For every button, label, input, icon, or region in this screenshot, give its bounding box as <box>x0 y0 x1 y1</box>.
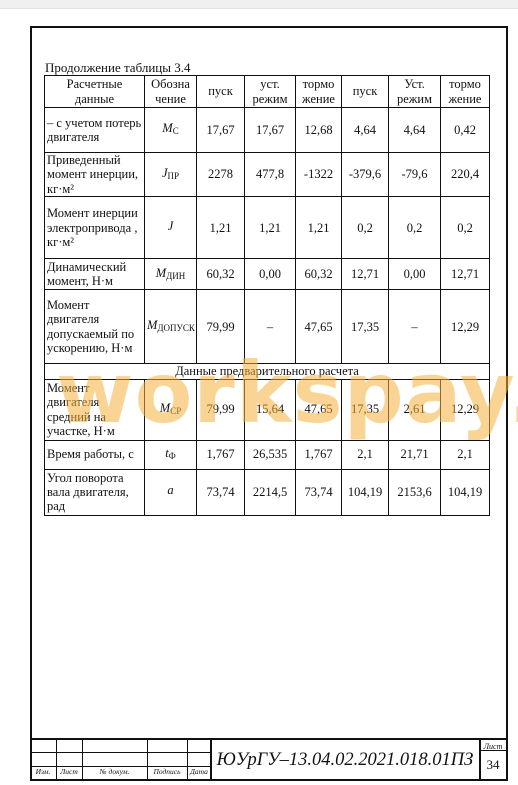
row-label: – с учетом потерь двигателя <box>45 108 145 153</box>
table-row: Момент двигателя средний на участке, Н·м… <box>45 379 490 440</box>
row-symbol: J <box>145 197 197 259</box>
cell-value: 220,4 <box>441 153 490 197</box>
row-symbol: MСР <box>145 379 197 440</box>
symbol-subscript: ДИН <box>166 271 185 281</box>
cell-value: 1,21 <box>197 197 245 259</box>
symbol-subscript: ДОПУСК <box>157 323 195 333</box>
cell-value: 26,535 <box>245 440 296 469</box>
row-label: Момент двигателя допускаемый по ускорени… <box>45 290 145 364</box>
symbol-main: J <box>168 219 174 233</box>
symbol-main: M <box>156 266 166 280</box>
column-header: тормо жение <box>441 76 490 108</box>
cell-value: 2214,5 <box>245 469 296 515</box>
cell-value: 79,99 <box>197 290 245 364</box>
row-symbol: MС <box>145 108 197 153</box>
row-symbol: tФ <box>145 440 197 469</box>
cell-value: 0,00 <box>245 259 296 290</box>
symbol-main: M <box>147 318 157 332</box>
symbol-subscript: ПР <box>168 171 180 181</box>
symbol-main: M <box>162 121 172 135</box>
cell-value: 2,61 <box>389 379 441 440</box>
cell-value: 1,767 <box>296 440 342 469</box>
cell-value: 0,2 <box>389 197 441 259</box>
row-symbol: a <box>145 469 197 515</box>
symbol-subscript: Ф <box>169 451 176 461</box>
cell-value: 104,19 <box>342 469 389 515</box>
cell-value: 73,74 <box>296 469 342 515</box>
stamp-label-signature: Подпись <box>147 767 187 777</box>
row-symbol: JПР <box>145 153 197 197</box>
table-row: – с учетом потерь двигателяMС17,6717,671… <box>45 108 490 153</box>
cell-value: 12,68 <box>296 108 342 153</box>
cell-value: 12,29 <box>441 379 490 440</box>
cell-value: 2278 <box>197 153 245 197</box>
row-label: Момент инерции электропривода , кг·м² <box>45 197 145 259</box>
cell-value: 17,35 <box>342 379 389 440</box>
column-header: тормо жение <box>296 76 342 108</box>
sheet-number: 34 <box>480 751 506 779</box>
row-symbol: MДИН <box>145 259 197 290</box>
cell-value: 4,64 <box>389 108 441 153</box>
symbol-subscript: СР <box>170 406 181 416</box>
cell-value: 477,8 <box>245 153 296 197</box>
section-row: Данные предварительного расчета <box>45 364 490 379</box>
table-row: Приведенный момент инерции, кг·м²JПР2278… <box>45 153 490 197</box>
cell-value: 4,64 <box>342 108 389 153</box>
stamp-label-doc-number: № докум. <box>82 767 147 777</box>
row-label: Момент двигателя средний на участке, Н·м <box>45 379 145 440</box>
stamp-label-sheet: Лист <box>56 767 82 777</box>
stamp-label-change: Изм. <box>30 767 56 777</box>
table-caption: Продолжение таблицы 3.4 <box>45 61 191 75</box>
table-row: Динамический момент, Н·мMДИН60,320,0060,… <box>45 259 490 290</box>
cell-value: 0,00 <box>389 259 441 290</box>
column-header: Обозна чение <box>145 76 197 108</box>
column-header: пуск <box>342 76 389 108</box>
table-row: Момент двигателя допускаемый по ускорени… <box>45 290 490 364</box>
cell-value: 60,32 <box>197 259 245 290</box>
cell-value: 21,71 <box>389 440 441 469</box>
column-header: пуск <box>197 76 245 108</box>
cell-value: 79,99 <box>197 379 245 440</box>
cell-value: 104,19 <box>441 469 490 515</box>
column-header: Уст. режим <box>389 76 441 108</box>
row-label: Время работы, с <box>45 440 145 469</box>
cell-value: 47,65 <box>296 379 342 440</box>
data-table: Расчетные данныеОбозна чениепускуст. реж… <box>44 75 490 516</box>
document-code: ЮУрГУ–13.04.02.2021.018.01ПЗ <box>211 738 480 779</box>
symbol-main: a <box>167 483 173 497</box>
row-label: Динамический момент, Н·м <box>45 259 145 290</box>
cell-value: 0,2 <box>441 197 490 259</box>
row-label: Приведенный момент инерции, кг·м² <box>45 153 145 197</box>
cell-value: 17,67 <box>245 108 296 153</box>
row-label: Угол поворота вала двигателя, рад <box>45 469 145 515</box>
column-header: Расчетные данные <box>45 76 145 108</box>
row-symbol: MДОПУСК <box>145 290 197 364</box>
cell-value: 0,2 <box>342 197 389 259</box>
cell-value: – <box>245 290 296 364</box>
cell-value: – <box>389 290 441 364</box>
table-header-row: Расчетные данныеОбозна чениепускуст. реж… <box>45 76 490 108</box>
cell-value: 73,74 <box>197 469 245 515</box>
cell-value: 60,32 <box>296 259 342 290</box>
cell-value: 2,1 <box>342 440 389 469</box>
symbol-main: M <box>160 401 170 415</box>
cell-value: 1,767 <box>197 440 245 469</box>
column-header: уст. режим <box>245 76 296 108</box>
cell-value: 0,42 <box>441 108 490 153</box>
cell-value: -379,6 <box>342 153 389 197</box>
table-row: Время работы, сtФ1,76726,5351,7672,121,7… <box>45 440 490 469</box>
cell-value: -1322 <box>296 153 342 197</box>
table-row: Момент инерции электропривода , кг·м²J1,… <box>45 197 490 259</box>
stamp-label-date: Дата <box>187 767 211 777</box>
viewer-top-band <box>0 0 518 9</box>
cell-value: 47,65 <box>296 290 342 364</box>
cell-value: -79,6 <box>389 153 441 197</box>
cell-value: 12,29 <box>441 290 490 364</box>
section-title: Данные предварительного расчета <box>45 364 490 379</box>
table-row: Угол поворота вала двигателя, радa73,742… <box>45 469 490 515</box>
cell-value: 1,21 <box>296 197 342 259</box>
symbol-subscript: С <box>173 126 179 136</box>
cell-value: 2153,6 <box>389 469 441 515</box>
cell-value: 1,21 <box>245 197 296 259</box>
cell-value: 12,71 <box>342 259 389 290</box>
cell-value: 17,67 <box>197 108 245 153</box>
cell-value: 15,64 <box>245 379 296 440</box>
cell-value: 2,1 <box>441 440 490 469</box>
title-block-stamp: Изм. Лист № докум. Подпись Дата ЮУрГУ–13… <box>30 738 506 779</box>
cell-value: 12,71 <box>441 259 490 290</box>
sheet-label: Лист <box>480 738 506 751</box>
cell-value: 17,35 <box>342 290 389 364</box>
